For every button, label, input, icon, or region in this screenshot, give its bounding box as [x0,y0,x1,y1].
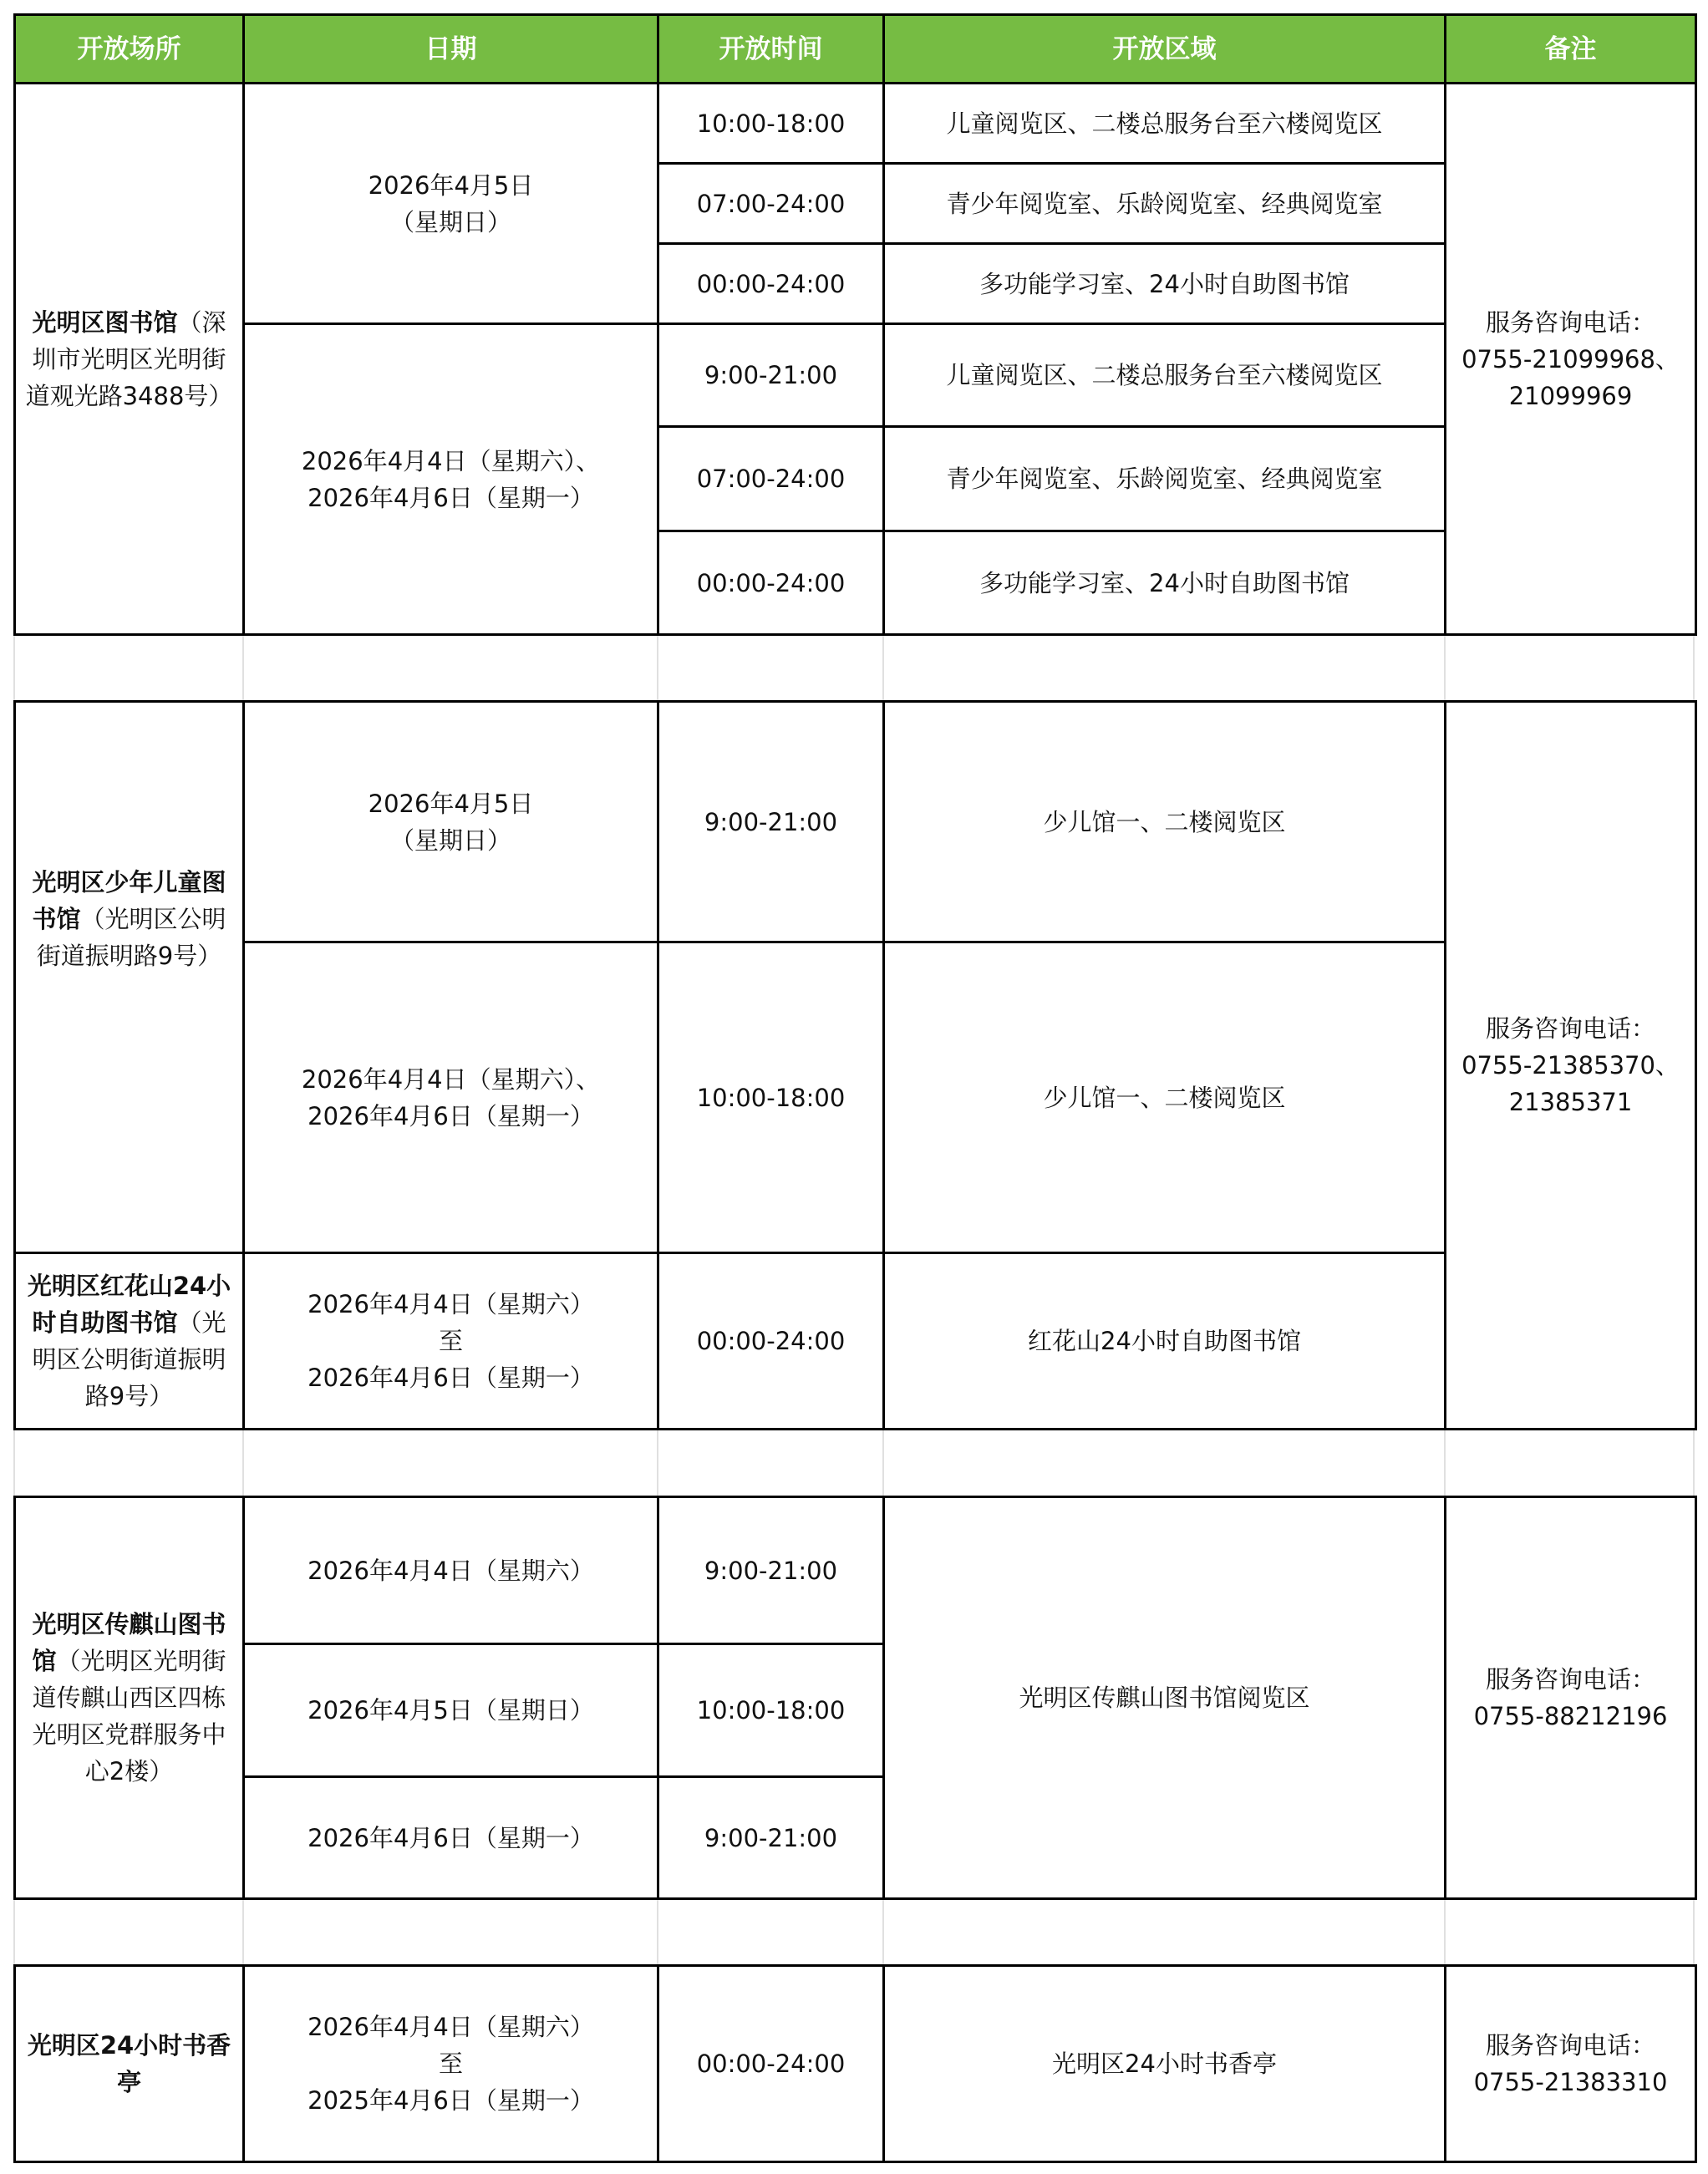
note-line: 0755-21385370、 [1461,1047,1680,1084]
time-cell: 10:00-18:00 [657,1643,885,1778]
spacer-row [13,636,242,700]
time-cell: 00:00-24:00 [657,1252,885,1430]
note-line: 服务咨询电话： [1486,1010,1655,1047]
venue-cell-chuanqishan-library: 光明区传麒山图书馆（光明区光明街道传麒山西区四栋光明区党群服务中心2楼） [13,1496,245,1900]
venue-cell-book-pavilion: 光明区24小时书香亭 [13,1964,245,2163]
header-note: 备注 [1444,13,1697,84]
time-cell: 00:00-24:00 [657,242,885,325]
venue-address: （光明区光明街道传麒山西区四栋光明区党群服务中心2楼） [32,1647,226,1785]
date-cell: 2026年4月4日（星期六）、2026年4月6日（星期一） [242,941,659,1254]
area-cell: 少儿馆一、二楼阅览区 [882,941,1446,1254]
spacer-row [657,1900,882,1964]
note-line: 21099969 [1509,378,1633,414]
time-cell: 10:00-18:00 [657,941,885,1254]
date-line: 2026年4月4日（星期六） [308,1286,594,1323]
time-cell: 00:00-24:00 [657,1964,885,2163]
date-line: 2026年4月5日 [369,167,534,204]
spacer-row [882,636,1444,700]
time-cell: 9:00-21:00 [657,700,885,943]
note-cell: 服务咨询电话：0755-21385370、21385371 [1444,700,1697,1430]
spacer-row [882,1900,1444,1964]
time-cell: 9:00-21:00 [657,323,885,428]
area-cell: 儿童阅览区、二楼总服务台至六楼阅览区 [882,323,1446,428]
date-line: 2026年4月4日（星期六）、 [302,1061,600,1098]
header-venue-label: 开放场所 [78,31,181,68]
date-line: 至 [439,2045,463,2082]
date-line: 2025年4月6日（星期一） [308,2082,594,2119]
header-venue: 开放场所 [13,13,245,84]
area-cell: 儿童阅览区、二楼总服务台至六楼阅览区 [882,82,1446,165]
spacer-row [1444,1900,1695,1964]
area-cell: 多功能学习室、24小时自助图书馆 [882,242,1446,325]
header-time: 开放时间 [657,13,885,84]
header-date: 日期 [242,13,659,84]
spacer-row [242,1430,657,1496]
time-cell: 07:00-24:00 [657,425,885,532]
date-line: 2026年4月6日（星期一） [308,480,594,516]
date-cell: 2026年4月5日（星期日） [242,700,659,943]
date-cell: 2026年4月5日（星期日） [242,82,659,325]
header-area: 开放区域 [882,13,1446,84]
date-line: 2026年4月6日（星期一） [308,1098,594,1135]
time-cell: 9:00-21:00 [657,1775,885,1900]
note-line: 0755-88212196 [1474,1698,1668,1735]
date-line: 2026年4月4日（星期六） [308,2009,594,2045]
spacer-row [242,636,657,700]
area-cell: 光明区24小时书香亭 [882,1964,1446,2163]
note-line: 服务咨询电话： [1486,1661,1655,1698]
venue-cell-children-library: 光明区少年儿童图书馆（光明区公明街道振明路9号） [13,700,245,1254]
venue-cell-guangming-library: 光明区图书馆（深圳市光明区光明街道观光路3488号） [13,82,245,636]
spacer-row [657,636,882,700]
venue-cell-honghuashan-library: 光明区红花山24小时自助图书馆（光明区公明街道振明路9号） [13,1252,245,1430]
note-line: 21385371 [1509,1084,1633,1120]
spacer-row [13,1900,242,1964]
spacer-row [1444,636,1695,700]
header-time-label: 开放时间 [719,31,823,68]
time-cell: 07:00-24:00 [657,162,885,245]
date-line: 2026年4月5日 [369,785,534,822]
spacer-row [13,1430,242,1496]
date-line: 2026年4月6日（星期一） [308,1359,594,1396]
note-line: 服务咨询电话： [1486,304,1655,341]
date-cell: 2026年4月6日（星期一） [242,1775,659,1900]
note-cell: 服务咨询电话：0755-21383310 [1444,1964,1697,2163]
date-cell: 2026年4月4日（星期六）至2025年4月6日（星期一） [242,1964,659,2163]
area-cell: 红花山24小时自助图书馆 [882,1252,1446,1430]
header-date-label: 日期 [425,31,477,68]
note-cell: 服务咨询电话：0755-21099968、21099969 [1444,82,1697,636]
date-cell: 2026年4月4日（星期六）、2026年4月6日（星期一） [242,323,659,636]
date-line: （星期日） [390,204,511,241]
header-area-label: 开放区域 [1113,31,1217,68]
venue-name: 光明区24小时书香亭 [28,2031,231,2096]
area-cell: 少儿馆一、二楼阅览区 [882,700,1446,943]
area-cell: 青少年阅览室、乐龄阅览室、经典阅览室 [882,162,1446,245]
area-cell: 多功能学习室、24小时自助图书馆 [882,530,1446,636]
date-cell: 2026年4月4日（星期六）至2026年4月6日（星期一） [242,1252,659,1430]
spacer-row [1444,1430,1695,1496]
note-line: 0755-21383310 [1474,2064,1668,2100]
header-note-label: 备注 [1545,31,1597,68]
date-line: 2026年4月4日（星期六）、 [302,443,600,480]
time-cell: 00:00-24:00 [657,530,885,636]
date-line: 至 [439,1323,463,1359]
date-cell: 2026年4月4日（星期六） [242,1496,659,1645]
note-line: 服务咨询电话： [1486,2027,1655,2064]
date-cell: 2026年4月5日（星期日） [242,1643,659,1778]
note-cell: 服务咨询电话：0755-88212196 [1444,1496,1697,1900]
area-cell: 光明区传麒山图书馆阅览区 [882,1496,1446,1900]
time-cell: 10:00-18:00 [657,82,885,165]
spacer-row [882,1430,1444,1496]
time-cell: 9:00-21:00 [657,1496,885,1645]
date-line: （星期日） [390,822,511,859]
area-cell: 青少年阅览室、乐龄阅览室、经典阅览室 [882,425,1446,532]
venue-name: 光明区图书馆 [32,308,177,337]
spacer-row [657,1430,882,1496]
spacer-row [242,1900,657,1964]
note-line: 0755-21099968、 [1461,341,1680,378]
